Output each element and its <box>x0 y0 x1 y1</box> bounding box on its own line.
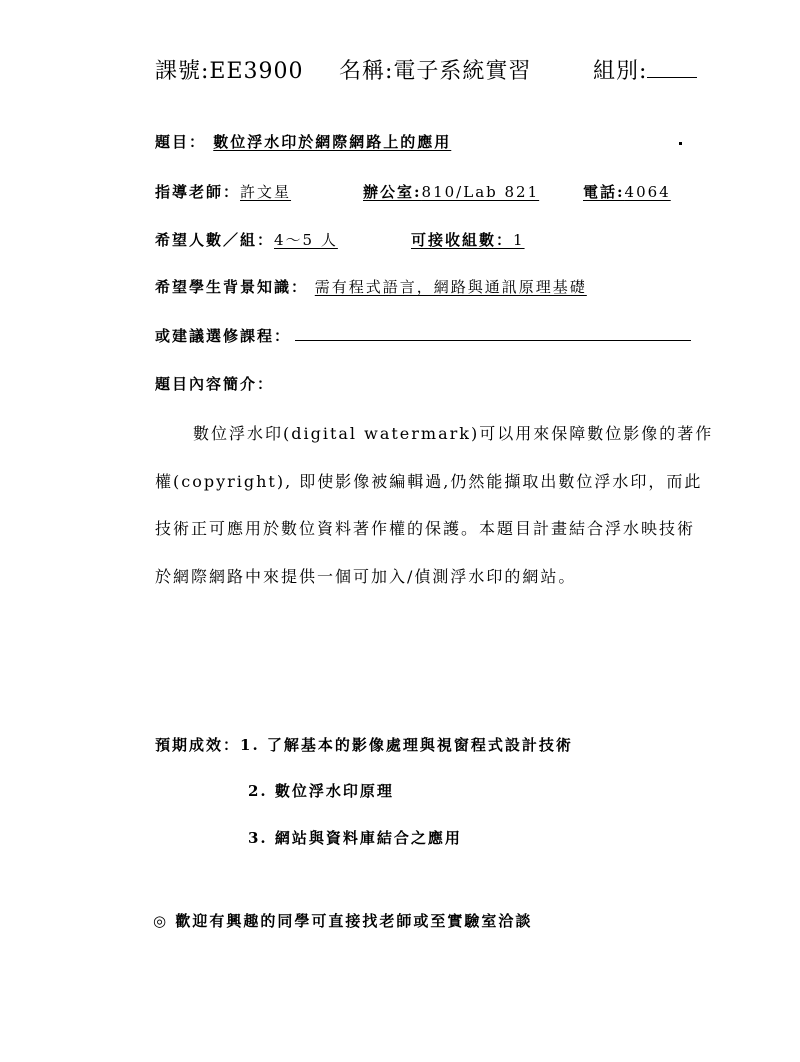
advisor-value: 許文星 <box>240 183 291 201</box>
phone-field: 電話:4064 <box>583 181 671 202</box>
document-header: 課號:EE3900 名稱:電子系統實習 組別: <box>155 54 304 85</box>
outcomes-row: 預期成效：1. 了解基本的影像處理與視窗程式設計技術 <box>155 734 573 755</box>
team-size-label: 希望人數／組： <box>155 231 274 249</box>
group-blank-line <box>647 57 697 78</box>
advisor-row: 指導老師：許文星 辦公室:810/Lab 821 電話:4064 <box>155 181 715 202</box>
summary-line-1: 數位浮水印(digital watermark)可以用來保障數位影像的著作 <box>193 421 713 444</box>
outcome-item-1: 1. 了解基本的影像處理與視窗程式設計技術 <box>240 736 573 754</box>
background-value: 需有程式語言，網路與通訊原理基礎 <box>315 278 587 296</box>
groups-field: 可接收組數：1 <box>411 229 525 250</box>
course-name: 名稱:電子系統實習 <box>339 54 531 85</box>
courses-label: 或建議選修課程： <box>155 327 291 345</box>
note-text: 歡迎有興趣的同學可直接找老師或至實驗室洽談 <box>175 912 532 930</box>
summary-line-4: 於網際網路中來提供一個可加入/偵測浮水印的網站。 <box>155 564 576 587</box>
background-row: 希望學生背景知識： 需有程式語言，網路與通訊原理基礎 <box>155 276 587 297</box>
office-field: 辦公室:810/Lab 821 <box>363 181 539 202</box>
summary-label: 題目內容簡介： <box>155 373 274 394</box>
topic-value: 數位浮水印於網際網路上的應用 <box>213 133 451 151</box>
summary-line-2: 權(copyright), 即使影像被編輯過,仍然能擷取出數位浮水印，而此 <box>155 469 702 492</box>
courses-blank-line <box>295 326 691 341</box>
bullseye-icon: ◎ <box>153 912 168 930</box>
outcome-item-2: 2. 數位浮水印原理 <box>248 780 394 801</box>
team-row: 希望人數／組：4～5 人 可接收組數：1 <box>155 229 715 250</box>
team-size-value: 4～5 人 <box>274 231 338 249</box>
group-field: 組別: <box>593 54 697 85</box>
summary-line-3: 技術正可應用於數位資料著作權的保護。本題目計畫結合浮水映技術 <box>155 516 695 539</box>
outcome-item-3: 3. 網站與資料庫結合之應用 <box>248 827 462 848</box>
outcomes-label: 預期成效： <box>155 736 240 754</box>
topic-label: 題目： <box>155 133 206 151</box>
advisor-label: 指導老師： <box>155 183 240 201</box>
background-label: 希望學生背景知識： <box>155 278 308 296</box>
course-code: 課號:EE3900 <box>155 54 304 85</box>
topic-row: 題目： 數位浮水印於網際網路上的應用 <box>155 131 451 152</box>
stray-mark <box>679 142 682 145</box>
courses-row: 或建議選修課程： <box>155 325 691 346</box>
note-row: ◎ 歡迎有興趣的同學可直接找老師或至實驗室洽談 <box>153 910 532 931</box>
